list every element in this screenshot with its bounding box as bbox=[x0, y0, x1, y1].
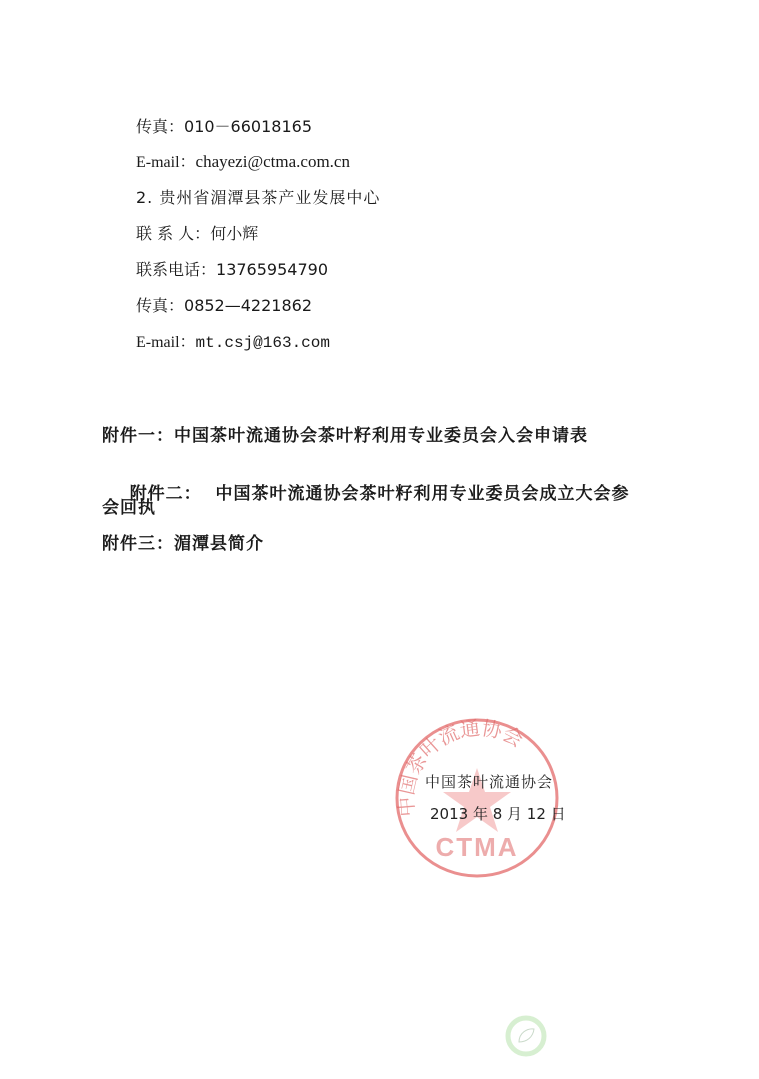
contact-org: 2. 贵州省湄潭县茶产业发展中心 bbox=[136, 188, 380, 208]
official-seal-icon: 中国茶叶流通协会 CTMA bbox=[393, 716, 561, 880]
person-value: 何小辉 bbox=[210, 224, 258, 243]
contact-person-line: 联 系 人：何小辉 bbox=[136, 224, 258, 244]
email-value: chayezi@ctma.com.cn bbox=[196, 152, 350, 171]
email-line-1: E-mail：chayezi@ctma.com.cn bbox=[136, 152, 350, 173]
attachment-text: 湄潭县简介 bbox=[174, 534, 264, 554]
person-label: 联 系 人： bbox=[136, 224, 210, 243]
fax-value: 010－66018165 bbox=[184, 117, 312, 136]
signature-organization: 中国茶叶流通协会 bbox=[425, 772, 553, 792]
seal-bottom-text: CTMA bbox=[435, 832, 518, 862]
attachment-text: 中国茶叶流通协会茶叶籽利用专业委员会成立大会参 bbox=[202, 484, 630, 504]
fax-label: 传真： bbox=[136, 117, 184, 136]
attachment-label: 附件三： bbox=[102, 534, 174, 554]
contact-phone-line: 联系电话：13765954790 bbox=[136, 260, 328, 280]
fax-value: 0852—4221862 bbox=[184, 296, 312, 315]
fax-line-2: 传真：0852—4221862 bbox=[136, 296, 312, 316]
attachment-2: 附件二： 中国茶叶流通协会茶叶籽利用专业委员会成立大会参 bbox=[102, 461, 630, 527]
fax-line-1: 传真：010－66018165 bbox=[136, 117, 312, 137]
leaf-watermark-icon bbox=[505, 1015, 547, 1057]
email-value: mt.csj@163.com bbox=[196, 334, 330, 352]
attachment-label: 附件一： bbox=[102, 426, 174, 446]
email-label: E-mail： bbox=[136, 334, 196, 351]
email-label: E-mail： bbox=[136, 154, 196, 171]
phone-value: 13765954790 bbox=[216, 260, 328, 279]
attachment-2-continuation: 会回执 bbox=[102, 497, 156, 519]
fax-label: 传真： bbox=[136, 296, 184, 315]
signature-date: 2013 年 8 月 12 日 bbox=[430, 804, 566, 824]
email-line-2: E-mail：mt.csj@163.com bbox=[136, 332, 330, 353]
attachment-1: 附件一：中国茶叶流通协会茶叶籽利用专业委员会入会申请表 bbox=[102, 425, 588, 447]
attachment-3: 附件三：湄潭县简介 bbox=[102, 533, 264, 555]
attachment-text: 中国茶叶流通协会茶叶籽利用专业委员会入会申请表 bbox=[174, 426, 588, 446]
phone-label: 联系电话： bbox=[136, 260, 216, 279]
